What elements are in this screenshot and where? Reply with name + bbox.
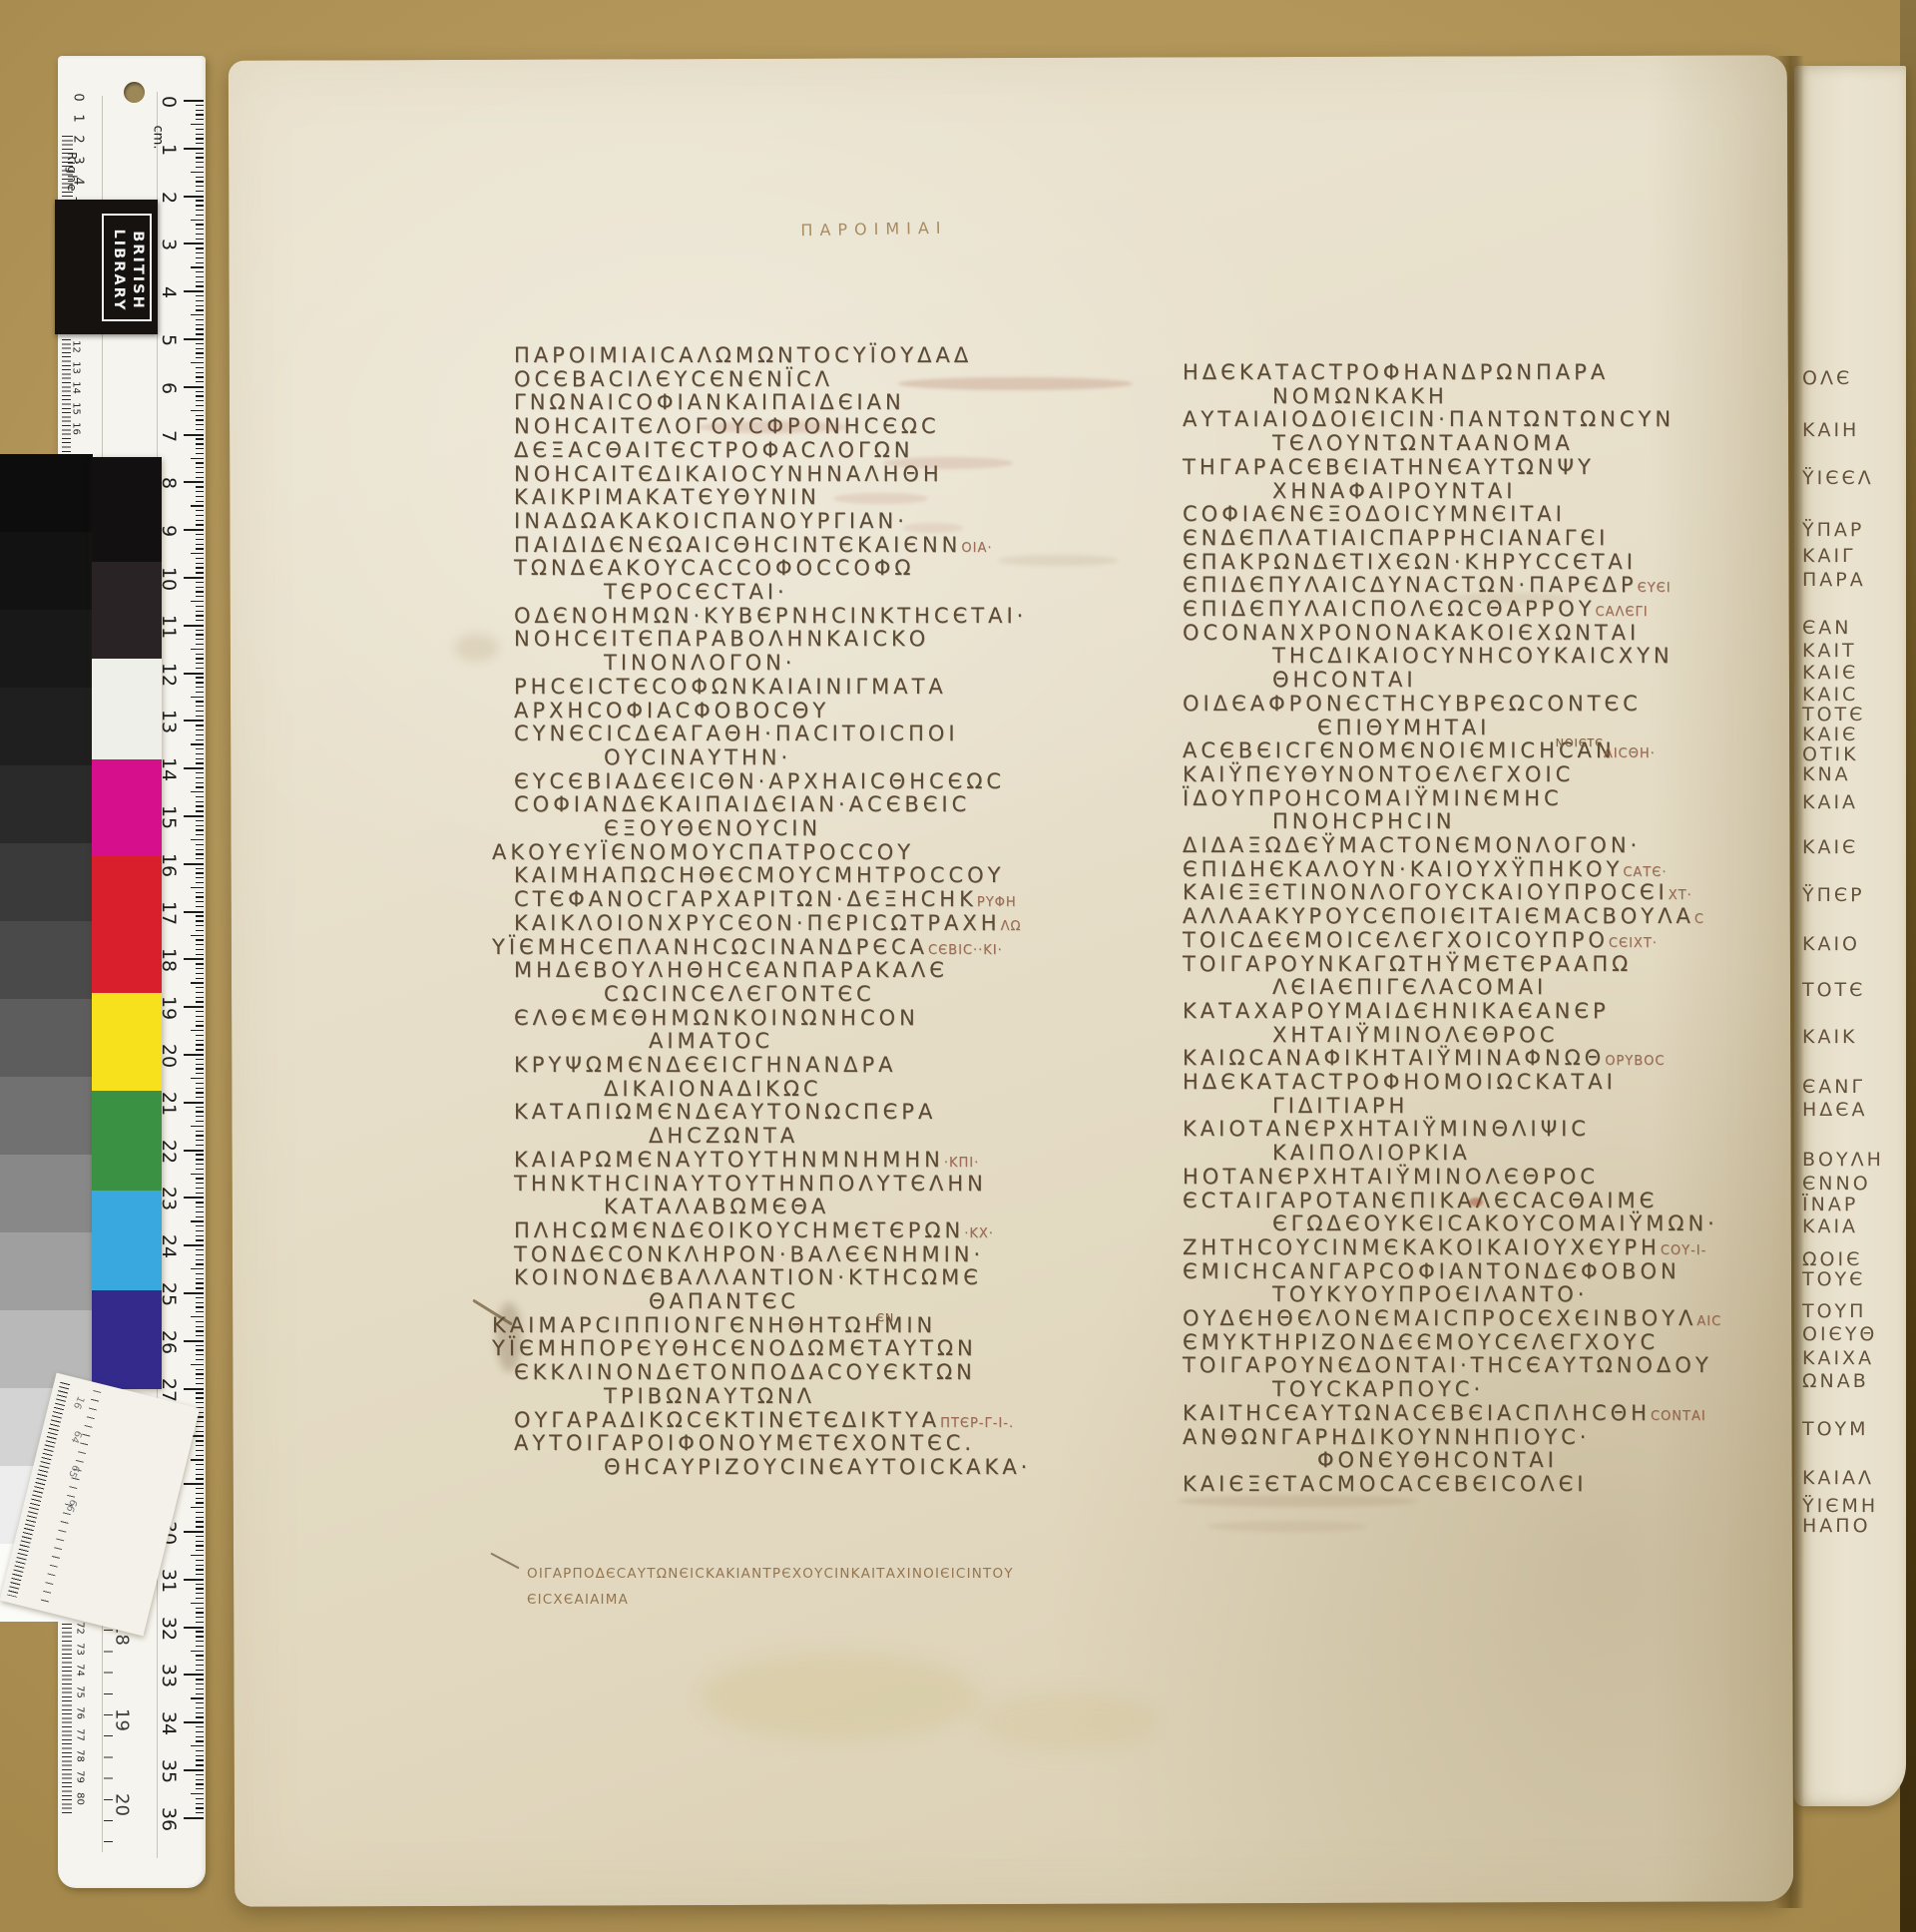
cm-tick-minor bbox=[196, 711, 204, 712]
cm-tick-minor bbox=[196, 729, 204, 730]
ms-line: CΩCΙΝCЄΛЄΓΟΝΤЄC bbox=[604, 983, 875, 1005]
cm-tick-minor bbox=[196, 419, 204, 420]
ms-line-text: ΟΥΓΑΡΑΔΙΚΩCЄΚΤΙΝЄΤЄΔΙΚΤΥΑ bbox=[514, 1408, 940, 1432]
ink-offset-stain bbox=[898, 377, 1133, 390]
cm-tick-minor bbox=[196, 1164, 204, 1165]
cm-tick-minor bbox=[196, 1239, 204, 1240]
grayscale-step bbox=[0, 454, 93, 532]
cm-tick-minor bbox=[196, 1660, 204, 1661]
cm-tick-minor bbox=[196, 1512, 204, 1513]
ms-line: ΘΑΠΑΝΤЄC bbox=[649, 1290, 799, 1312]
cm-tick-minor bbox=[196, 1131, 204, 1132]
cm-tick-minor bbox=[196, 915, 204, 916]
cm-tick-minor bbox=[196, 805, 204, 806]
ms-line-text: ΤΗCΔΙΚΑΙΟCΥΝΗCΟΥΚΑΙCΧΥΝ bbox=[1272, 644, 1674, 668]
next-page-fragment: ΫΠΑΡ bbox=[1802, 519, 1864, 541]
ink-offset-stain bbox=[903, 523, 963, 533]
next-page-fragment: ЄΑΝ bbox=[1802, 617, 1851, 639]
cm-tick-minor bbox=[196, 1569, 204, 1570]
cm-tick-minor bbox=[196, 1135, 204, 1136]
ms-line: ΘΗCΟΝΤΑΙ bbox=[1272, 669, 1417, 691]
cm-tick-minor bbox=[196, 925, 204, 926]
cm-tick-minor bbox=[196, 381, 204, 382]
cm-tick-minor bbox=[196, 138, 204, 139]
ms-line: ЄΓΩΔЄΟΥΚЄΙCΑΚΟΥCΟΜΑΙΫΜΩΝ· bbox=[1272, 1212, 1718, 1234]
ms-line: ΑΚΟΥЄΥΪЄΝΟΜΟΥCΠΑΤΡΟCCΟΥ bbox=[492, 841, 914, 863]
ms-line-text: ΠΝΟΗCΡΗCΙΝ bbox=[1272, 809, 1456, 833]
cm-tick-minor bbox=[196, 472, 204, 473]
cm-tick-minor bbox=[196, 1059, 204, 1060]
cm-tick-major bbox=[184, 434, 204, 436]
cm-tick-minor bbox=[196, 1798, 204, 1799]
cm-tick-minor bbox=[196, 548, 204, 549]
cm-number: 35 bbox=[158, 1756, 180, 1786]
ms-line-text: ΑΡΧΗCΟΦΙΑCΦΟΒΟCΘΥ bbox=[514, 699, 829, 723]
ms-line-text: ΑΙΜΑΤΟC bbox=[649, 1029, 773, 1053]
ms-line-text: ΝΟΜΩΝΚΑΚΗ bbox=[1272, 384, 1448, 408]
cm-tick-minor bbox=[191, 1316, 204, 1317]
cm-tick-minor bbox=[191, 1507, 204, 1508]
cm-tick-minor bbox=[196, 844, 204, 845]
cm-tick-major bbox=[184, 1483, 204, 1485]
cm-tick-minor bbox=[196, 110, 204, 111]
cm-tick-minor bbox=[196, 734, 204, 735]
cm-tick-minor bbox=[196, 1011, 204, 1012]
cm-tick-minor bbox=[196, 1330, 204, 1331]
cm-tick-minor bbox=[196, 319, 204, 320]
cm-tick-major bbox=[184, 338, 204, 340]
cm-tick-minor bbox=[196, 515, 204, 516]
ms-line-text: ΤΗΝΚΤΗCΙΝΑΥΤΟΥΤΗΝΠΟΛΥΤЄΛΗΝ bbox=[514, 1172, 987, 1196]
cm-tick-minor bbox=[196, 1455, 204, 1456]
cm-tick-minor bbox=[196, 1373, 204, 1374]
cm-tick-minor bbox=[196, 1326, 204, 1327]
ms-line-text: ΚΑΙΜΗΑΠΩCΗΘЄCΜΟΥCΜΗΤΡΟCCΟΥ bbox=[514, 863, 1005, 887]
cm-tick-minor bbox=[196, 949, 204, 950]
cm-tick-minor bbox=[196, 309, 204, 310]
cm-tick-minor bbox=[196, 1755, 204, 1756]
ms-line: ΤΟΥΚΥΟΥΠΡΟЄΙΛΑΝΤΟ· bbox=[1272, 1283, 1588, 1305]
cm-tick-minor bbox=[196, 1035, 204, 1036]
cm-tick-minor bbox=[196, 796, 204, 797]
cm-number: 34 bbox=[158, 1708, 180, 1738]
cm-tick-minor bbox=[196, 682, 204, 683]
ms-line: ΔΗCΖΩΝΤΑ bbox=[649, 1125, 798, 1147]
next-page-fragment: ΪΝΑΡ bbox=[1802, 1194, 1858, 1215]
cm-tick-minor bbox=[196, 467, 204, 468]
ink-offset-stain bbox=[699, 1652, 978, 1741]
cm-tick-minor bbox=[196, 810, 204, 811]
ms-line-text: ΤΡΙΒΩΝΑΥΤΩΝΛ bbox=[604, 1384, 815, 1408]
cm-tick-minor bbox=[196, 1779, 204, 1780]
running-title: ΠΑΡΟΙΜΙΑΙ bbox=[784, 218, 964, 240]
grayscale-step bbox=[0, 765, 93, 843]
cm-tick-minor bbox=[196, 853, 204, 854]
cm-tick-minor bbox=[196, 591, 204, 592]
ms-line-text: ΤΟΥCΚΑΡΠΟΥC· bbox=[1272, 1377, 1484, 1401]
cm-tick-minor bbox=[196, 1565, 204, 1566]
ms-line-text: ЄΓΩΔЄΟΥΚЄΙCΑΚΟΥCΟΜΑΙΫΜΩΝ· bbox=[1272, 1211, 1718, 1235]
cm-tick-minor bbox=[196, 1183, 204, 1184]
label-text: BRITISH LIBRARY bbox=[109, 219, 147, 322]
cm-tick-major bbox=[184, 863, 204, 865]
cm-tick-minor bbox=[191, 1697, 204, 1698]
ms-line: ΤЄΛΟΥΝΤΩΝΤΑΑΝΟΜΑ bbox=[1272, 432, 1574, 454]
cm-tick-minor bbox=[196, 753, 204, 754]
cm-tick-minor bbox=[196, 1474, 204, 1475]
ms-line: ΤΩΝΔЄΑΚΟΥCΑCCΟΦΟCCΟΦΩ bbox=[514, 557, 914, 579]
ink-offset-stain bbox=[998, 555, 1118, 566]
ms-line-text: ΑCЄΒЄΙCΓЄΝΟΜЄΝΟΙЄΜΙCΗCΑΝ bbox=[1183, 738, 1616, 762]
cm-tick-major bbox=[184, 290, 204, 292]
cm-tick-major bbox=[184, 1197, 204, 1199]
ms-line: ΑΡΧΗCΟΦΙΑCΦΟΒΟCΘΥ bbox=[514, 700, 829, 722]
ms-line-text: ΟΔЄΝΟΗΜΩΝ·ΚΥΒЄΡΝΗCΙΝΚΤΗCЄΤΑΙ· bbox=[514, 604, 1027, 628]
ms-line-text: ЄΠΙΘΥΜΗΤΑΙ bbox=[1317, 716, 1490, 739]
ms-line: ΚΑΙΜΗΑΠΩCΗΘЄCΜΟΥCΜΗΤΡΟCCΟΥ bbox=[514, 864, 1005, 886]
color-patch-magenta bbox=[92, 759, 162, 856]
ms-line: ΔΙΚΑΙΟΝΑΔΙΚΩC bbox=[604, 1078, 822, 1100]
ms-line-text: ΤΙΝΟΝΛΟΓΟΝ· bbox=[604, 651, 795, 675]
cm-tick-minor bbox=[191, 172, 204, 173]
ms-line-text: ΚΑΤΑΧΑΡΟΥΜΑΙΔЄΗΝΙΚΑЄΑΝЄΡ bbox=[1183, 999, 1610, 1023]
ms-lineend-correction: ΛΩ bbox=[1001, 919, 1022, 934]
cm-tick-major bbox=[184, 911, 204, 913]
cm-tick-minor bbox=[196, 285, 204, 286]
cm-tick-minor bbox=[196, 973, 204, 974]
cm-tick-minor bbox=[196, 1097, 204, 1098]
cm-tick-minor bbox=[196, 210, 204, 211]
ink-offset-stain bbox=[699, 421, 848, 433]
cm-tick-minor bbox=[196, 677, 204, 678]
ms-line-text: ΚΑΙΤΗCЄΑΥΤΩΝΑCЄΒЄΙΑCΠΛΗCΘΗ bbox=[1183, 1401, 1651, 1425]
cm-tick-minor bbox=[196, 1392, 204, 1393]
cm-tick-minor bbox=[196, 429, 204, 430]
cm-tick-minor bbox=[191, 839, 204, 840]
cm-tick-minor bbox=[196, 968, 204, 969]
cm-tick-minor bbox=[196, 1478, 204, 1479]
ms-lineend-correction: CΑΤЄ· bbox=[1623, 865, 1667, 880]
cm-number: 3 bbox=[158, 230, 180, 259]
ms-line-text: ΚΑΤΑΠΙΩΜЄΝΔЄΑΥΤΟΝΩCΠЄΡΑ bbox=[514, 1100, 936, 1124]
photographed-manuscript-page: ΟΛЄΚΑΙΗΫΙЄЄΛΫΠΑΡΚΑΙΓΠΑΡΑЄΑΝΚΑΙΤΚΑΙЄΚΑΙCΤ… bbox=[0, 0, 1916, 1932]
ms-line-text: CΩCΙΝCЄΛЄΓΟΝΤЄC bbox=[604, 982, 875, 1006]
ms-line: ЄΞΟΥΘЄΝΟΥCΙΝ bbox=[604, 817, 821, 839]
cm-tick-minor bbox=[196, 639, 204, 640]
next-page-fragment: ΚΑΙЄ bbox=[1802, 662, 1858, 684]
color-patch-yellow bbox=[92, 993, 162, 1091]
next-page-fragment: ΤΟΥΠ bbox=[1802, 1300, 1866, 1322]
cm-tick-minor bbox=[196, 143, 204, 144]
ms-line-text: ΤΟΙΓΑΡΟΥΝЄΔΟΝΤΑΙ·ΤΗCЄΑΥΤΩΝΟΔΟΥ bbox=[1183, 1353, 1712, 1377]
cm-tick-major bbox=[184, 481, 204, 483]
ms-lineend-correction: ЄΥЄΙ bbox=[1638, 581, 1672, 596]
color-patch-cyan bbox=[92, 1191, 162, 1290]
cm-tick-minor bbox=[196, 271, 204, 272]
cm-tick-minor bbox=[196, 1469, 204, 1470]
cm-number: 7 bbox=[158, 421, 180, 451]
ms-line: ΧΗΝΑΦΑΙΡΟΥΝΤΑΙ bbox=[1272, 480, 1516, 502]
ms-line: ЄΜΥΚΤΗΡΙΖΟΝΔЄЄΜΟΥCЄΛЄΓΧΟΥC bbox=[1183, 1331, 1659, 1353]
ms-line-text: ΙΝΑΔΩΑΚΑΚΟΙCΠΑΝΟΥΡΓΙΑΝ· bbox=[514, 509, 908, 533]
ms-line-text: ЄΠΙΔЄΠΥΛΑΙCΔΥΝΑCΤΩΝ·ΠΑΡЄΔΡ bbox=[1183, 573, 1638, 597]
cm-tick-minor bbox=[196, 1140, 204, 1141]
cm-tick-minor bbox=[196, 1450, 204, 1451]
cm-tick-minor bbox=[196, 1297, 204, 1298]
next-page-fragment: ΤΟΤЄ bbox=[1802, 979, 1865, 1001]
ms-line: ΝΟΜΩΝΚΑΚΗ bbox=[1272, 385, 1448, 407]
next-page-fragment: ΚΑΙΑ bbox=[1802, 1215, 1858, 1237]
cm-tick-minor bbox=[196, 630, 204, 631]
cm-tick-minor bbox=[196, 376, 204, 377]
cm-tick-minor bbox=[196, 1202, 204, 1203]
ms-line: ΚΑΙΚΡΙΜΑΚΑΤЄΥΘΥΝΙΝ bbox=[514, 486, 820, 508]
ms-line-text: ΠΑΙΔΙΔЄΝЄΩΑΙCΘΗCΙΝΤЄΚΑΙЄΝΝ bbox=[514, 533, 961, 557]
ms-line-text: ΜΗΔЄΒΟΥΛΗΘΗCЄΑΝΠΑΡΑΚΑΛЄ bbox=[514, 958, 948, 982]
cm-tick-minor bbox=[196, 620, 204, 621]
parchment-page bbox=[229, 55, 1793, 1906]
next-page-fragment: ΫΙЄЄΛ bbox=[1802, 467, 1874, 489]
cm-tick-minor bbox=[196, 1107, 204, 1108]
color-patch-red bbox=[92, 856, 162, 993]
ms-line-text: CΤЄΦΑΝΟCΓΑΡΧΑΡΙΤΩΝ·ΔЄΞΗCΗΚ bbox=[514, 887, 977, 911]
cm-tick-major bbox=[184, 958, 204, 960]
cm-tick-minor bbox=[191, 887, 204, 888]
ms-line-text: ΚΑΙΠΟΛΙΟΡΚΙΑ bbox=[1272, 1141, 1471, 1165]
cm-tick-minor bbox=[196, 1044, 204, 1045]
cm-tick-major bbox=[184, 1054, 204, 1056]
ms-line-text: ΧΗΝΑΦΑΙΡΟΥΝΤΑΙ bbox=[1272, 479, 1516, 503]
cm-tick-minor bbox=[196, 1550, 204, 1551]
ms-line-text: ΚΑΙΑΡΩΜЄΝΑΥΤΟΥΤΗΝΜΝΗΜΗΝ bbox=[514, 1148, 944, 1172]
cm-tick-major bbox=[184, 100, 204, 102]
ms-line: ΝΟΗCЄΙΤЄΠΑΡΑΒΟΛΗΝΚΑΙCΚΟ bbox=[514, 628, 929, 650]
ink-offset-stain bbox=[454, 634, 499, 662]
cm-tick-minor bbox=[196, 1001, 204, 1002]
color-patch-white bbox=[92, 659, 162, 759]
cm-tick-minor bbox=[196, 1145, 204, 1146]
cm-tick-minor bbox=[196, 239, 204, 240]
cm-tick-minor bbox=[196, 1807, 204, 1808]
cm-tick-minor bbox=[196, 939, 204, 940]
cm-tick-minor bbox=[196, 496, 204, 497]
ms-line: ΤΡΙΒΩΝΑΥΤΩΝΛ bbox=[604, 1385, 815, 1407]
cm-tick-minor bbox=[196, 1282, 204, 1283]
cm-tick-minor bbox=[196, 1707, 204, 1708]
ms-line: ΟCЄΒΑCΙΛЄΥCЄΝЄΝΪCΛ bbox=[514, 368, 833, 390]
cm-tick-minor bbox=[196, 544, 204, 545]
cm-tick-major bbox=[184, 196, 204, 198]
cm-tick-minor bbox=[196, 1788, 204, 1789]
cm-tick-minor bbox=[196, 1502, 204, 1503]
cm-tick-minor bbox=[196, 1397, 204, 1398]
cm-tick-minor bbox=[196, 1440, 204, 1441]
cm-tick-minor bbox=[196, 1716, 204, 1717]
cm-tick-major bbox=[184, 673, 204, 675]
cm-tick-minor bbox=[196, 177, 204, 178]
next-page-fragment: ΤΟΥΜ bbox=[1802, 1418, 1869, 1440]
ms-line: ΟCΟΝΑΝΧΡΟΝΟΝΑΚΑΚΟΙЄΧΩΝΤΑΙ bbox=[1183, 622, 1640, 644]
cm-tick-minor bbox=[191, 1603, 204, 1604]
grayscale-step bbox=[0, 843, 93, 921]
cm-tick-minor bbox=[196, 634, 204, 635]
next-page-fragment: ΤΟΥЄ bbox=[1802, 1268, 1865, 1290]
cm-tick-minor bbox=[196, 567, 204, 568]
next-page-fragment: ЄΑΝΓ bbox=[1802, 1076, 1865, 1098]
ms-line-text: ΚΑΙЄΞЄΤΙΝΟΝΛΟΓΟΥCΚΑΙΟΥΠΡΟCЄΙ bbox=[1183, 880, 1669, 904]
ms-line: ΚΟΙΝΟΝΔЄΒΑΛΛΑΝΤΙΟΝ·ΚΤΗCΩΜЄ bbox=[514, 1266, 982, 1288]
cm-tick-minor bbox=[196, 1693, 204, 1694]
cm-tick-minor bbox=[196, 252, 204, 253]
cm-tick-minor bbox=[196, 477, 204, 478]
cm-tick-minor bbox=[196, 596, 204, 597]
ms-lineend-correction: ·ΚΠΙ· bbox=[944, 1156, 979, 1171]
cm-tick-minor bbox=[196, 1254, 204, 1255]
ms-line-text: ΝΟΗCЄΙΤЄΠΑΡΑΒΟΛΗΝΚΑΙCΚΟ bbox=[514, 627, 929, 651]
cm-tick-minor bbox=[196, 901, 204, 902]
cm-tick-minor bbox=[196, 1750, 204, 1751]
cm-tick-minor bbox=[196, 462, 204, 463]
ms-line-text: ΚΑΙΚΡΙΜΑΚΑΤЄΥΘΥΝΙΝ bbox=[514, 485, 820, 509]
cm-tick-minor bbox=[196, 167, 204, 168]
cm-tick-major bbox=[184, 148, 204, 150]
ms-lineend-correction: CЄΙΧΤ· bbox=[1609, 936, 1658, 951]
ink-offset-stain bbox=[1452, 593, 1572, 604]
cm-tick-minor bbox=[191, 743, 204, 744]
cm-tick-minor bbox=[196, 1584, 204, 1585]
ms-line-text: ΤΟΝΔЄCΟΝΚΛΗΡΟΝ·ΒΑΛЄЄΝΗΜΙΝ· bbox=[514, 1242, 984, 1266]
cm-tick-minor bbox=[196, 1679, 204, 1680]
grayscale-step bbox=[0, 921, 93, 999]
cm-tick-minor bbox=[196, 868, 204, 869]
cm-tick-minor bbox=[196, 1588, 204, 1589]
ms-line-text: ΚΑΙΚΛΟΙΟΝΧΡΥCЄΟΝ·ΠЄΡΙCΩΤΡΑΧΗ bbox=[514, 911, 1001, 935]
ms-lineend-correction: CΟΝΤΑΙ bbox=[1651, 1409, 1706, 1424]
cm-tick-major bbox=[184, 720, 204, 722]
cm-tick-minor bbox=[196, 963, 204, 964]
ms-line-text: ΚΑΙΩCΑΝΑΦΙΚΗΤΑΙΫΜΙΝΑΦΝΩΘ bbox=[1183, 1046, 1605, 1070]
cm-tick-minor bbox=[196, 262, 204, 263]
cm-tick-major bbox=[184, 1006, 204, 1008]
cm-tick-minor bbox=[196, 1598, 204, 1599]
cm-tick-minor bbox=[196, 1536, 204, 1537]
next-page-fragment: ΚΑΙЄ bbox=[1802, 724, 1858, 745]
ms-line: ΤΟΙΓΑΡΟΥΝΚΑΓΩΤΗΫΜЄΤЄΡΑΑΠΩ bbox=[1183, 953, 1632, 975]
cm-tick-minor bbox=[196, 1689, 204, 1690]
cm-tick-minor bbox=[191, 649, 204, 650]
ms-line: ΑΥΤΟΙΓΑΡΟΙΦΟΝΟΥΜЄΤЄΧΟΝΤЄC. bbox=[514, 1432, 975, 1454]
ms-line-text: ΑΝΘΩΝΓΑΡΗΔΙΚΟΥΝΝΗΠΙΟΥC· bbox=[1183, 1425, 1590, 1449]
next-page-fragment: ΤΟΤЄ bbox=[1802, 704, 1865, 725]
cm-tick-minor bbox=[196, 658, 204, 659]
corrector-footnote: ΟΙΓΑΡΠΟΔЄCΑΥΤΩΝЄΙCΚΑΚΙΑΝΤΡЄΧΟΥCΙΝΚΑΙΤΑΧΙ… bbox=[527, 1561, 1014, 1613]
cm-tick-minor bbox=[196, 882, 204, 883]
cm-tick-minor bbox=[196, 1216, 204, 1217]
ms-line: ЄΠΑΚΡΩΝΔЄΤΙΧЄΩΝ·ΚΗΡΥCCЄΤΑΙ bbox=[1183, 551, 1637, 573]
cm-tick-minor bbox=[196, 333, 204, 334]
cm-tick-minor bbox=[191, 1126, 204, 1127]
ms-line-text: ΑΚΟΥЄΥΪЄΝΟΜΟΥCΠΑΤΡΟCCΟΥ bbox=[492, 840, 914, 864]
cm-tick-minor bbox=[196, 1278, 204, 1279]
cm-tick-minor bbox=[191, 1651, 204, 1652]
cm-tick-minor bbox=[196, 558, 204, 559]
next-page-fragment: ΫΙЄΜΗ bbox=[1802, 1495, 1878, 1517]
cm-tick-minor bbox=[196, 663, 204, 664]
cm-tick-minor bbox=[196, 1225, 204, 1226]
cm-tick-minor bbox=[196, 134, 204, 135]
cm-tick-minor bbox=[196, 858, 204, 859]
grayscale-step bbox=[0, 532, 93, 610]
cm-tick-major bbox=[184, 1579, 204, 1581]
cm-tick-major bbox=[184, 529, 204, 531]
cm-tick-minor bbox=[196, 1169, 204, 1170]
cm-tick-minor bbox=[196, 758, 204, 759]
cm-tick-minor bbox=[196, 105, 204, 106]
ms-line: ЄΜΙCΗCΑΝΓΑΡCΟΦΙΑΝΤΟΝΔЄΦΟΒΟΝ bbox=[1183, 1260, 1680, 1282]
cm-tick-minor bbox=[196, 1263, 204, 1264]
cm-tick-minor bbox=[191, 220, 204, 221]
ms-line: ΡΗCЄΙCΤЄCΟΦΩΝΚΑΙΑΙΝΙΓΜΑΤΑ bbox=[514, 676, 947, 698]
ms-lineend-correction: ΧΤ· bbox=[1669, 888, 1692, 903]
ms-line: ΠΑΡΟΙΜΙΑΙCΑΛΩΜΩΝΤΟCΥΪΟΥΔΑΔ bbox=[514, 344, 972, 366]
cm-tick-minor bbox=[196, 1631, 204, 1632]
next-page-fragment: ΟΤΙΚ bbox=[1802, 743, 1859, 765]
cm-tick-minor bbox=[196, 367, 204, 368]
ms-line: ΑΥΤΑΙΑΙΟΔΟΙЄΙCΙΝ·ΠΑΝΤΩΝΤΩΝCΥΝ bbox=[1183, 408, 1675, 430]
next-page-fragment: ΗΔЄΑ bbox=[1802, 1099, 1868, 1121]
next-page-fragment: ΚΑΙΑ bbox=[1802, 791, 1858, 813]
cm-tick-minor bbox=[196, 1287, 204, 1288]
cm-tick-minor bbox=[196, 191, 204, 192]
cm-tick-minor bbox=[196, 777, 204, 778]
cm-tick-minor bbox=[196, 829, 204, 830]
ms-line-text: ΔΙΔΑΞΩΔЄΫΜΑCΤΟΝЄΜΟΝΛΟΓΟΝ· bbox=[1183, 833, 1641, 857]
ms-line: ЄΛΘЄΜЄΘΗΜΩΝΚΟΙΝΩΝΗCΟΝ bbox=[514, 1007, 919, 1029]
cm-tick-minor bbox=[196, 782, 204, 783]
cm-tick-minor bbox=[196, 1726, 204, 1727]
cm-tick-minor bbox=[196, 539, 204, 540]
cm-tick-minor bbox=[196, 424, 204, 425]
cm-tick-minor bbox=[191, 982, 204, 983]
left-small-number: 77 bbox=[75, 1722, 86, 1746]
ms-line: ΤΗΓΑΡΑCЄΒЄΙΑΤΗΝЄΑΥΤΩΝΨΥ bbox=[1183, 456, 1595, 478]
cm-tick-minor bbox=[196, 944, 204, 945]
riga-number-small: 16 bbox=[71, 417, 82, 441]
ms-lineend-correction: ·ΚΧ· bbox=[964, 1226, 994, 1241]
cm-tick-minor bbox=[196, 1488, 204, 1489]
cm-tick-minor bbox=[196, 1211, 204, 1212]
cm-tick-minor bbox=[196, 834, 204, 835]
ms-line-text: ΓΙΔΙΤΙΑΡΗ bbox=[1272, 1094, 1408, 1118]
ms-line: ΧΗΤΑΙΫΜΙΝΟΛЄΘΡΟC bbox=[1272, 1024, 1558, 1046]
ms-line: CΟΦΙΑЄΝЄΞΟΔΟΙCΥΜΝЄΙΤΑΙ bbox=[1183, 503, 1566, 525]
cm-tick-minor bbox=[191, 1364, 204, 1365]
ms-line: ΚΑΙΫΠЄΥΘΥΝΟΝΤΟЄΛЄΓΧΟΙC bbox=[1183, 763, 1574, 785]
ms-line-text: ΟΥCΙΝΑΥΤΗΝ· bbox=[604, 745, 791, 769]
ms-line: ΪΔΟΥΠΡΟΗCΟΜΑΙΫΜΙΝЄΜΗC bbox=[1183, 787, 1563, 809]
cm-number: 36 bbox=[158, 1804, 180, 1834]
ms-line: ΓΝΩΝΑΙCΟΦΙΑΝΚΑΙΠΑΙΔЄΙΑΝ bbox=[514, 391, 905, 413]
cm-number: 33 bbox=[158, 1661, 180, 1690]
cm-tick-minor bbox=[196, 1302, 204, 1303]
next-page-fragment: ΟΙЄΥΘ bbox=[1802, 1323, 1877, 1345]
cm-tick-minor bbox=[196, 1154, 204, 1155]
ms-line-text: CΥΝЄCΙCΔЄΑΓΑΘΗ·ΠΑCΙΤΟΙCΠΟΙ bbox=[514, 722, 959, 745]
cm-tick-minor bbox=[196, 234, 204, 235]
next-page-fragment: ΟΛЄ bbox=[1802, 367, 1852, 389]
cm-tick-minor bbox=[196, 1783, 204, 1784]
ms-lineend-correction: ΟΙΑ· bbox=[961, 541, 992, 556]
